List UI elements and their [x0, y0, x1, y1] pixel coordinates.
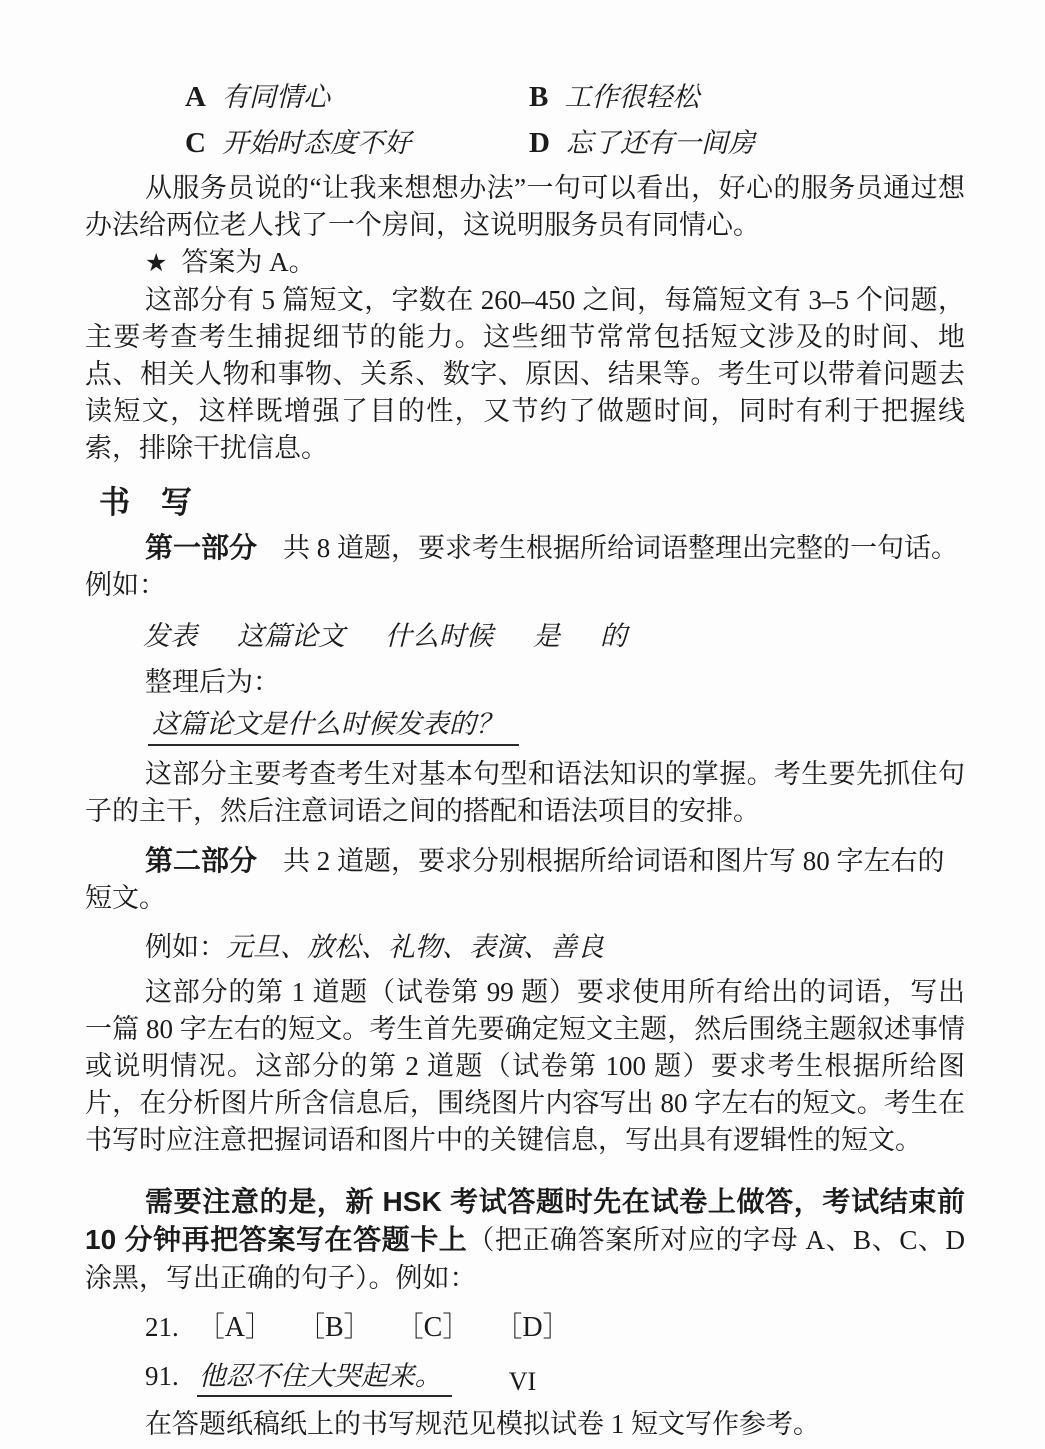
option-b-letter: B: [529, 81, 548, 113]
reading-section-note: 这部分有 5 篇短文，字数在 260–450 之间，每篇短文有 3–5 个问题，…: [85, 282, 965, 467]
word-item: 发表: [143, 620, 197, 652]
answer-bracket-b: ［B］: [311, 1312, 372, 1343]
part2-example-line: 例如：元旦、放松、礼物、表演、善良: [145, 929, 965, 965]
option-c: C开始时态度不好: [185, 128, 529, 158]
question-21-number: 21.: [145, 1312, 179, 1342]
option-c-letter: C: [185, 127, 206, 159]
rearranged-sentence: 这篇论文是什么时候发表的？: [148, 709, 519, 746]
answer-bracket-a: ［A］: [197, 1312, 273, 1343]
scrambled-words-line: 发表 这篇论文 什么时候 是 的: [143, 620, 965, 652]
star-icon: ★: [145, 250, 167, 277]
option-b: B工作很轻松: [529, 82, 965, 112]
closing-note: 在答题纸稿纸上的书写规范见模拟试卷 1 短文写作参考。: [145, 1406, 965, 1442]
option-d: D忘了还有一间房: [529, 128, 965, 158]
answer-bracket-c: ［C］: [410, 1312, 471, 1343]
word-item: 这篇论文: [237, 620, 345, 652]
writing-section-heading: 书 写: [99, 483, 965, 523]
part1-label: 第一部分: [145, 532, 257, 563]
page-number: VI: [0, 1367, 1045, 1397]
rearrange-label: 整理后为：: [145, 664, 965, 700]
option-c-text: 开始时态度不好: [222, 128, 411, 158]
example-label: 例如：: [145, 932, 226, 962]
word-item: 是: [533, 620, 560, 652]
part2-label: 第二部分: [145, 845, 257, 876]
option-a-letter: A: [185, 81, 206, 113]
part1-intro-line: 第一部分共 8 道题，要求考生根据所给词语整理出完整的一句话。例如：: [85, 529, 965, 604]
answer-bracket-d: ［D］: [508, 1312, 570, 1343]
answer-options-block: A有同情心 B工作很轻松 C开始时态度不好 D忘了还有一间房: [185, 82, 965, 158]
notice-paragraph: 需要注意的是，新 HSK 考试答题时先在试卷上做答，考试结束前 10 分钟再把答…: [85, 1183, 965, 1297]
option-b-text: 工作很轻松: [564, 82, 699, 112]
answer-text: 答案为 A。: [181, 247, 315, 277]
part1-note: 这部分主要考查考生对基本句型和语法知识的掌握。考生要先抓住句子的主干，然后注意词…: [85, 756, 965, 830]
example-words: 元旦、放松、礼物、表演、善良: [226, 932, 604, 962]
option-d-letter: D: [529, 127, 550, 159]
option-d-text: 忘了还有一间房: [566, 128, 755, 158]
part2-intro-line: 第二部分共 2 道题，要求分别根据所给词语和图片写 80 字左右的短文。: [85, 842, 965, 917]
question-21-line: 21.［A］［B］［C］［D］: [145, 1309, 965, 1346]
rearranged-sentence-line: 这篇论文是什么时候发表的？: [148, 706, 965, 742]
answer-line: ★答案为 A。: [85, 244, 965, 282]
option-a-text: 有同情心: [222, 82, 330, 112]
option-a: A有同情心: [185, 82, 529, 112]
word-item: 的: [600, 620, 627, 652]
word-item: 什么时候: [385, 620, 493, 652]
analysis-paragraph: 从服务员说的“让我来想想办法”一句可以看出，好心的服务员通过想办法给两位老人找了…: [85, 170, 965, 244]
part2-note: 这部分的第 1 道题（试卷第 99 题）要求使用所有给出的词语，写出一篇 80 …: [85, 974, 965, 1159]
scanned-book-page: A有同情心 B工作很轻松 C开始时态度不好 D忘了还有一间房 从服务员说的“让我…: [0, 0, 1045, 1449]
